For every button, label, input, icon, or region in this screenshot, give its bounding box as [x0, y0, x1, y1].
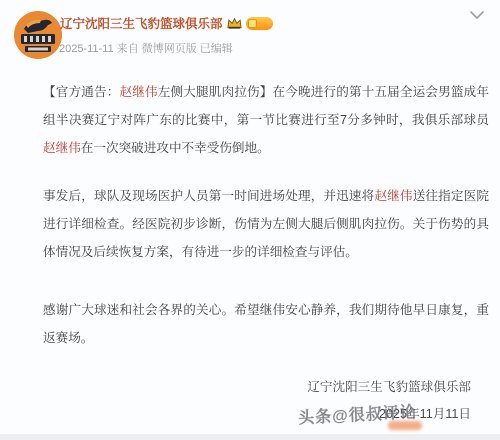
signature-org: 辽宁沈阳三生飞豹篮球俱乐部: [43, 374, 471, 401]
p1-text: 【官方通告：: [43, 85, 119, 99]
chevron-down-icon[interactable]: [470, 10, 484, 20]
post-header: 辽宁沈阳三生飞豹篮球俱乐部 2025-11-11 来自 微博网页版 已编辑: [0, 0, 500, 70]
post-body: 【官方通告：赵继伟左侧大腿肌肉拉伤】在今晚进行的第十五届全运会男篮成年组半决赛辽…: [43, 78, 489, 352]
player-name-highlight: 赵继伟: [119, 85, 157, 99]
post-meta: 2025-11-11 来自 微博网页版 已编辑: [59, 40, 233, 56]
vip-level-badge: [246, 17, 273, 30]
player-name-highlight: 赵继伟: [374, 189, 412, 203]
club-logo-avatar: [14, 11, 62, 59]
p2-text: 事发后，球队及现场医护人员第一时间进场处理，并迅速将: [43, 189, 374, 203]
paragraph-thanks: 感谢广大球迷和社会各界的关心。希望继伟安心静养，我们期待他早日康复，重返赛场。: [43, 296, 489, 352]
vip-badge-chip: [248, 19, 257, 28]
vip-crown-icon: [227, 17, 242, 30]
weibo-post: 辽宁沈阳三生飞豹篮球俱乐部 2025-11-11 来自 微博网页版 已编辑 【官…: [0, 0, 500, 440]
author-name[interactable]: 辽宁沈阳三生飞豹篮球俱乐部: [60, 14, 223, 32]
paragraph-treatment: 事发后，球队及现场医护人员第一时间进场处理，并迅速将赵继伟送往指定医院进行详细检…: [43, 182, 489, 266]
p1-text: 在一次突破进攻中不幸受伤倒地。: [81, 141, 270, 155]
image-bottom-edge: [0, 434, 500, 440]
player-name-highlight: 赵继伟: [43, 141, 81, 155]
post-signature: 辽宁沈阳三生飞豹篮球俱乐部 2025年11月11日: [43, 374, 489, 428]
avatar[interactable]: [14, 11, 62, 59]
signature-date: 2025年11月11日: [43, 401, 471, 428]
paragraph-announcement: 【官方通告：赵继伟左侧大腿肌肉拉伤】在今晚进行的第十五届全运会男篮成年组半决赛辽…: [43, 78, 489, 162]
